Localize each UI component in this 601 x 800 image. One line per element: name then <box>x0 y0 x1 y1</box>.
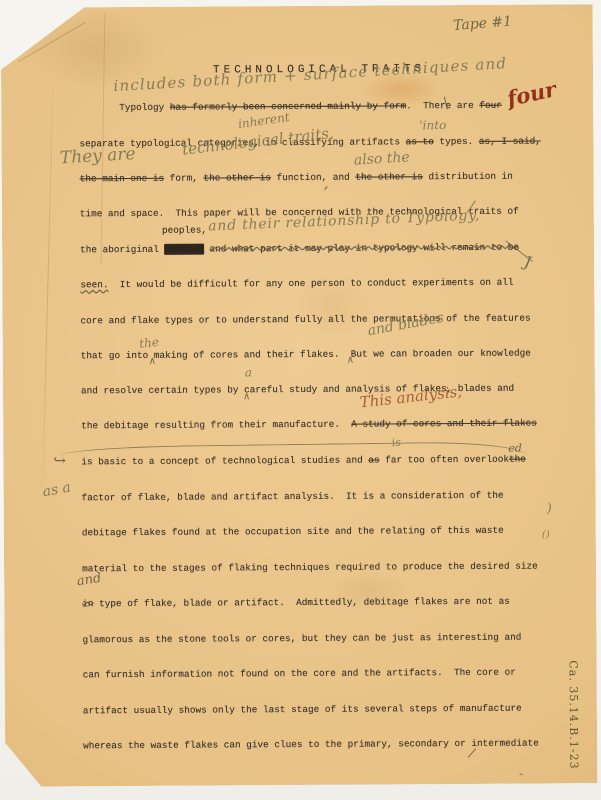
typed-segment: the other is <box>355 171 423 182</box>
handwritten-note: ) <box>547 502 552 515</box>
handwritten-note: J <box>523 255 532 271</box>
scanned-typescript-page: { "colors":{ "paper":"#e7c185", "paper_l… <box>0 0 601 800</box>
typed-line: artifact usually shows only the last sta… <box>83 703 522 717</box>
typed-segment: A study of cores and their flakes <box>351 418 537 430</box>
handwritten-note: ∧ <box>347 356 354 366</box>
typed-segment: the aboriginal <box>80 244 164 256</box>
typed-line: material to the stages of flaking techni… <box>82 561 538 575</box>
typed-segment: material to the stages of flaking techni… <box>82 561 538 575</box>
typed-segment: glamorous as the stone tools or cores, b… <box>82 632 521 646</box>
handwritten-note: and <box>76 572 102 588</box>
typed-segment: core and flake types or to understand fu… <box>81 313 531 327</box>
typed-segment: far too often overlook <box>380 454 509 466</box>
typed-line: the debitage resulting from their manufa… <box>81 418 537 432</box>
typed-line: factor of flake, blade and artifact anal… <box>82 490 504 504</box>
typed-segment: the other is <box>203 172 271 183</box>
typed-segment: the main one is <box>80 173 164 185</box>
typed-line: the main one is form, the other is funct… <box>80 171 513 185</box>
typed-segment: peoples, <box>162 225 207 236</box>
handwritten-note: () <box>542 530 550 540</box>
typed-segment: type of flake, blade or artifact. Admitt… <box>94 596 510 610</box>
typed-line: core and flake types or to understand fu… <box>81 313 531 327</box>
handwritten-note: - <box>517 767 526 782</box>
typed-segment: factor of flake, blade and artifact anal… <box>82 490 504 504</box>
typed-line: in type of flake, blade or artifact. Adm… <box>82 596 510 610</box>
typed-segment: as to <box>406 136 434 147</box>
handwritten-note: Ca. 35.14.B.1-23 <box>568 660 580 769</box>
handwritten-note: 'into <box>419 119 446 131</box>
handwritten-note: ↪ <box>53 453 66 468</box>
paper-sheet: TECHNOLOGICAL TRAITS Typology has former… <box>1 4 598 787</box>
handwritten-note: four <box>505 78 558 109</box>
typed-segment: form, <box>164 173 203 184</box>
typed-segment: is basic to a concept of technological s… <box>81 455 368 468</box>
handwritten-note: technological traits, <box>181 126 334 158</box>
typed-segment: in <box>82 598 93 609</box>
typed-segment: and what part it may play in typology wi… <box>209 242 518 255</box>
typed-segment: can furnish information not found on the… <box>83 667 516 681</box>
typed-segment: distribution in <box>423 171 513 183</box>
handwritten-note: They are <box>59 146 136 167</box>
typed-segment: It would be difficult for any one person… <box>108 277 513 290</box>
handwritten-note: is <box>391 437 401 449</box>
typed-segment: four <box>479 100 502 111</box>
typed-segment: Typology <box>119 102 170 113</box>
handwritten-note: includes both form + surface techniques … <box>113 56 508 94</box>
typed-segment: types. <box>434 136 479 147</box>
typed-segment: as <box>368 455 379 466</box>
handwritten-note: ∧ <box>149 357 156 367</box>
handwritten-note: the <box>139 336 160 350</box>
paper-crease <box>42 88 53 486</box>
typed-line: can furnish information not found on the… <box>83 667 516 681</box>
typed-segment: seen. <box>80 279 108 290</box>
typed-line: debitage flakes found at the occupation … <box>82 525 504 539</box>
handwritten-note: ∧ <box>243 392 250 402</box>
handwritten-note: as a <box>42 480 72 499</box>
typed-line: glamorous as the stone tools or cores, b… <box>82 632 521 646</box>
handwritten-note: / <box>468 747 475 761</box>
typed-line: the aboriginal peoples and what part it … <box>80 242 519 256</box>
handwritten-note: Tape #1 <box>453 15 513 33</box>
handwritten-note: ed <box>508 443 522 454</box>
typed-segment: peoples <box>164 244 203 255</box>
typed-segment: function, and <box>271 172 355 184</box>
typed-segment: artifact usually shows only the last sta… <box>83 703 522 717</box>
handwritten-note: a <box>245 366 252 378</box>
typed-segment: debitage flakes found at the occupation … <box>82 525 504 539</box>
typed-segment: as, I said, <box>479 136 541 147</box>
typed-line: is basic to a concept of technological s… <box>81 454 526 468</box>
typed-line: peoples, <box>162 225 207 236</box>
handwritten-note: also the <box>354 150 411 167</box>
typed-line: seen. It would be difficult for any one … <box>80 277 513 291</box>
typed-segment: the debitage resulting from their manufa… <box>81 419 351 432</box>
handwritten-note: inherent <box>237 111 290 130</box>
handwritten-note: , <box>324 176 329 191</box>
typed-segment: the <box>509 454 526 465</box>
